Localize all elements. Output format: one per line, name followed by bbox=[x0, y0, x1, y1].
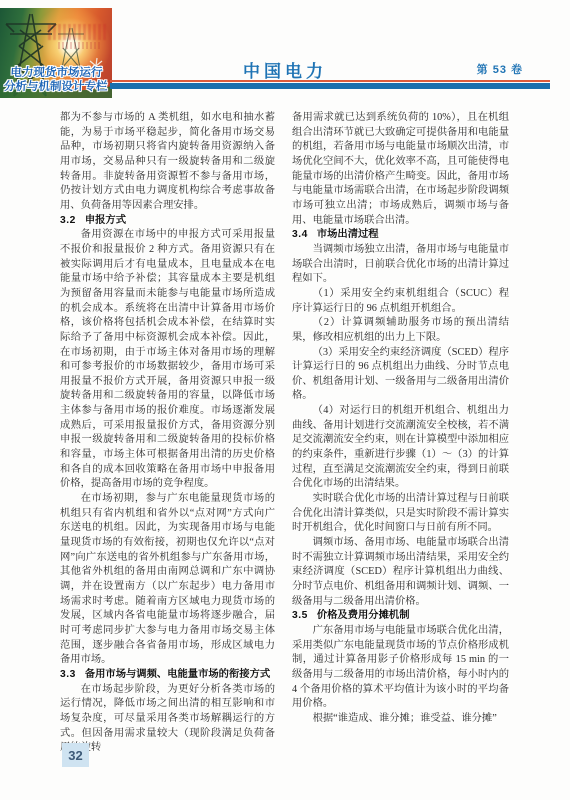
paragraph: （2）计算调频辅助服务市场的预出清结果，修改相应机组的出力上下限。 bbox=[292, 316, 509, 345]
section-heading: 3.4市场出清过程 bbox=[292, 228, 509, 243]
section-heading: 3.2申报方式 bbox=[60, 214, 275, 229]
volume-label: 第 53 卷 bbox=[477, 61, 523, 77]
logo-fine-print-decoration bbox=[48, 24, 106, 40]
section-number: 3.5 bbox=[292, 610, 308, 621]
page-number: 32 bbox=[68, 748, 82, 763]
header-rule-red bbox=[110, 80, 550, 82]
paragraph: 备用资源在市场中的申报方式可采用报量不报价和报量报价 2 种方式。备用资源只有在… bbox=[60, 228, 275, 492]
paragraph: 当调频市场独立出清，备用市场与电能量市场联合出清时，日前联合优化市场的出清计算过… bbox=[292, 243, 509, 287]
section-title: 申报方式 bbox=[85, 215, 126, 226]
paragraph: 广东备用市场与电能量市场联合优化出清，采用类似广东电能量现货市场的节点价格形成机… bbox=[292, 624, 509, 712]
section-title: 价格及费用分摊机制 bbox=[317, 610, 410, 621]
paragraph: 在市场初期，参与广东电能量现货市场的机组只有省内机组和省外以“点对网”方式向广东… bbox=[60, 492, 275, 668]
section-title: 备用市场与调频、电能量市场的衔接方式 bbox=[85, 669, 270, 680]
section-number: 3.3 bbox=[60, 669, 76, 680]
header-rule-blue bbox=[110, 83, 550, 89]
paragraph: 根据“谁造成、谁分摊；谁受益、谁分摊” bbox=[292, 712, 509, 727]
paragraph: （1）采用安全约束机组组合（SCUC）程序计算运行日的 96 点机组开机组合。 bbox=[292, 287, 509, 316]
page-number-badge: 32 bbox=[62, 743, 89, 767]
paragraph: 都为不参与市场的 A 类机组，如水电和抽水蓄能，为易于市场平稳起步，简化备用市场… bbox=[60, 111, 275, 214]
paragraph: （3）采用安全约束经济调度（SCED）程序计算运行日的 96 点机组出力曲线、分… bbox=[292, 346, 509, 405]
left-column: 都为不参与市场的 A 类机组，如水电和抽水蓄能，为易于市场平稳起步，简化备用市场… bbox=[60, 111, 275, 756]
paragraph: 实时联合优化市场的出清计算过程与日前联合优化出清计算类似，只是实时阶段不需计算实… bbox=[292, 492, 509, 536]
section-number: 3.2 bbox=[60, 215, 76, 226]
logo-fine-print-decoration bbox=[58, 42, 102, 49]
paragraph: （4）对运行日的机组开机组合、机组出力曲线、备用计划进行交流潮流安全校核，若不满… bbox=[292, 404, 509, 492]
section-title: 市场出清过程 bbox=[317, 229, 379, 240]
column-caption-line2: 分析与机制设计专栏 bbox=[0, 80, 112, 94]
section-number: 3.4 bbox=[292, 229, 308, 240]
column-logo: 电力现货市场运行 分析与机制设计专栏 bbox=[0, 8, 112, 98]
journal-page: 电力现货市场运行 分析与机制设计专栏 中国电力 第 53 卷 都为不参与市场的 … bbox=[0, 0, 570, 800]
right-column: 备用需求就已达到系统负荷的 10%），且在机组组合出清环节就已大致确定可提供备用… bbox=[292, 111, 509, 727]
paragraph: 在市场起步阶段，为更好分析各类市场的运行情况，降低市场之间出清的相互影响和市场复… bbox=[60, 683, 275, 756]
section-heading: 3.5价格及费用分摊机制 bbox=[292, 609, 509, 624]
paragraph: 备用需求就已达到系统负荷的 10%），且在机组组合出清环节就已大致确定可提供备用… bbox=[292, 111, 509, 228]
section-heading: 3.3备用市场与调频、电能量市场的衔接方式 bbox=[60, 668, 275, 683]
paragraph: 调频市场、备用市场、电能量市场联合出清时不需独立计算调频市场出清结果，采用安全约… bbox=[292, 536, 509, 609]
